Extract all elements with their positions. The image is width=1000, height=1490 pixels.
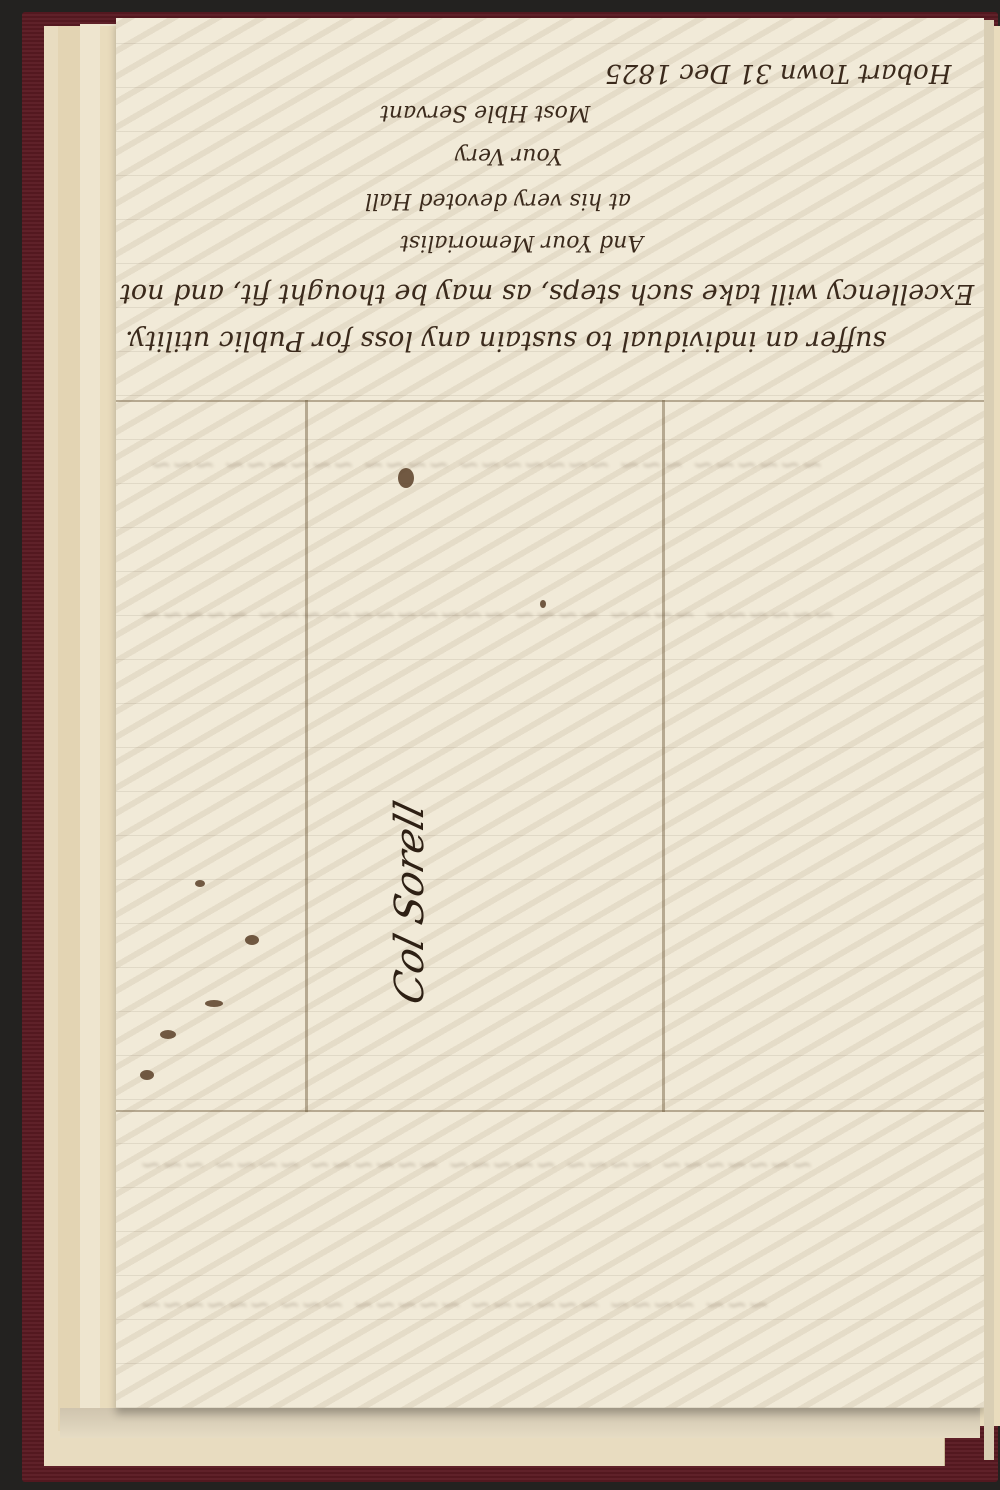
letter-page [116, 18, 984, 1408]
seal-residue [245, 935, 259, 945]
fold-line [116, 1110, 984, 1112]
bleed-through-text: ~~~~~~ ~~~ ~~~~~ ~~~~~~ ~~~~ ~~~ [140, 1290, 770, 1320]
bleed-through-text: ~~~~~ ~~~ ~~~~~~~~ ~~~~ ~~~~ ~~~~~~ [140, 600, 835, 630]
page-edge [984, 20, 994, 1460]
seal-residue [205, 1000, 223, 1007]
closing-line: And Your Memorialist [400, 230, 643, 255]
page-shadow [60, 1408, 980, 1438]
seal-residue [140, 1070, 154, 1080]
closing-line: Your Very [455, 143, 562, 168]
closing-line: at his very devoted Hall [365, 188, 631, 213]
seal-residue [160, 1030, 176, 1039]
recipient-name: Col Sorell [387, 777, 433, 1029]
body-line: Excellency will take such steps, as may … [120, 278, 974, 309]
bleed-through-text: ~~~ ~~~~~~ ~~~~ ~~~~~~~ ~~~ ~~~~~~ [150, 450, 823, 480]
ink-blot [398, 468, 414, 488]
fold-line [662, 400, 665, 1112]
body-line: suffer an individual to sustain any loss… [125, 325, 886, 356]
fold-line [116, 400, 984, 402]
fold-line [305, 400, 308, 1112]
closing-line: Most Hble Servant [380, 100, 590, 125]
dateline: Hobart Town 31 Dec 1825 [605, 58, 951, 88]
bleed-through-text: ~~~ ~~~~ ~~~~~~ ~~~~~ ~~~~ ~~~~~~~ [140, 1150, 813, 1180]
seal-residue [195, 880, 205, 887]
ink-blot [540, 600, 546, 608]
address-panel: Col Sorell [350, 780, 470, 1020]
